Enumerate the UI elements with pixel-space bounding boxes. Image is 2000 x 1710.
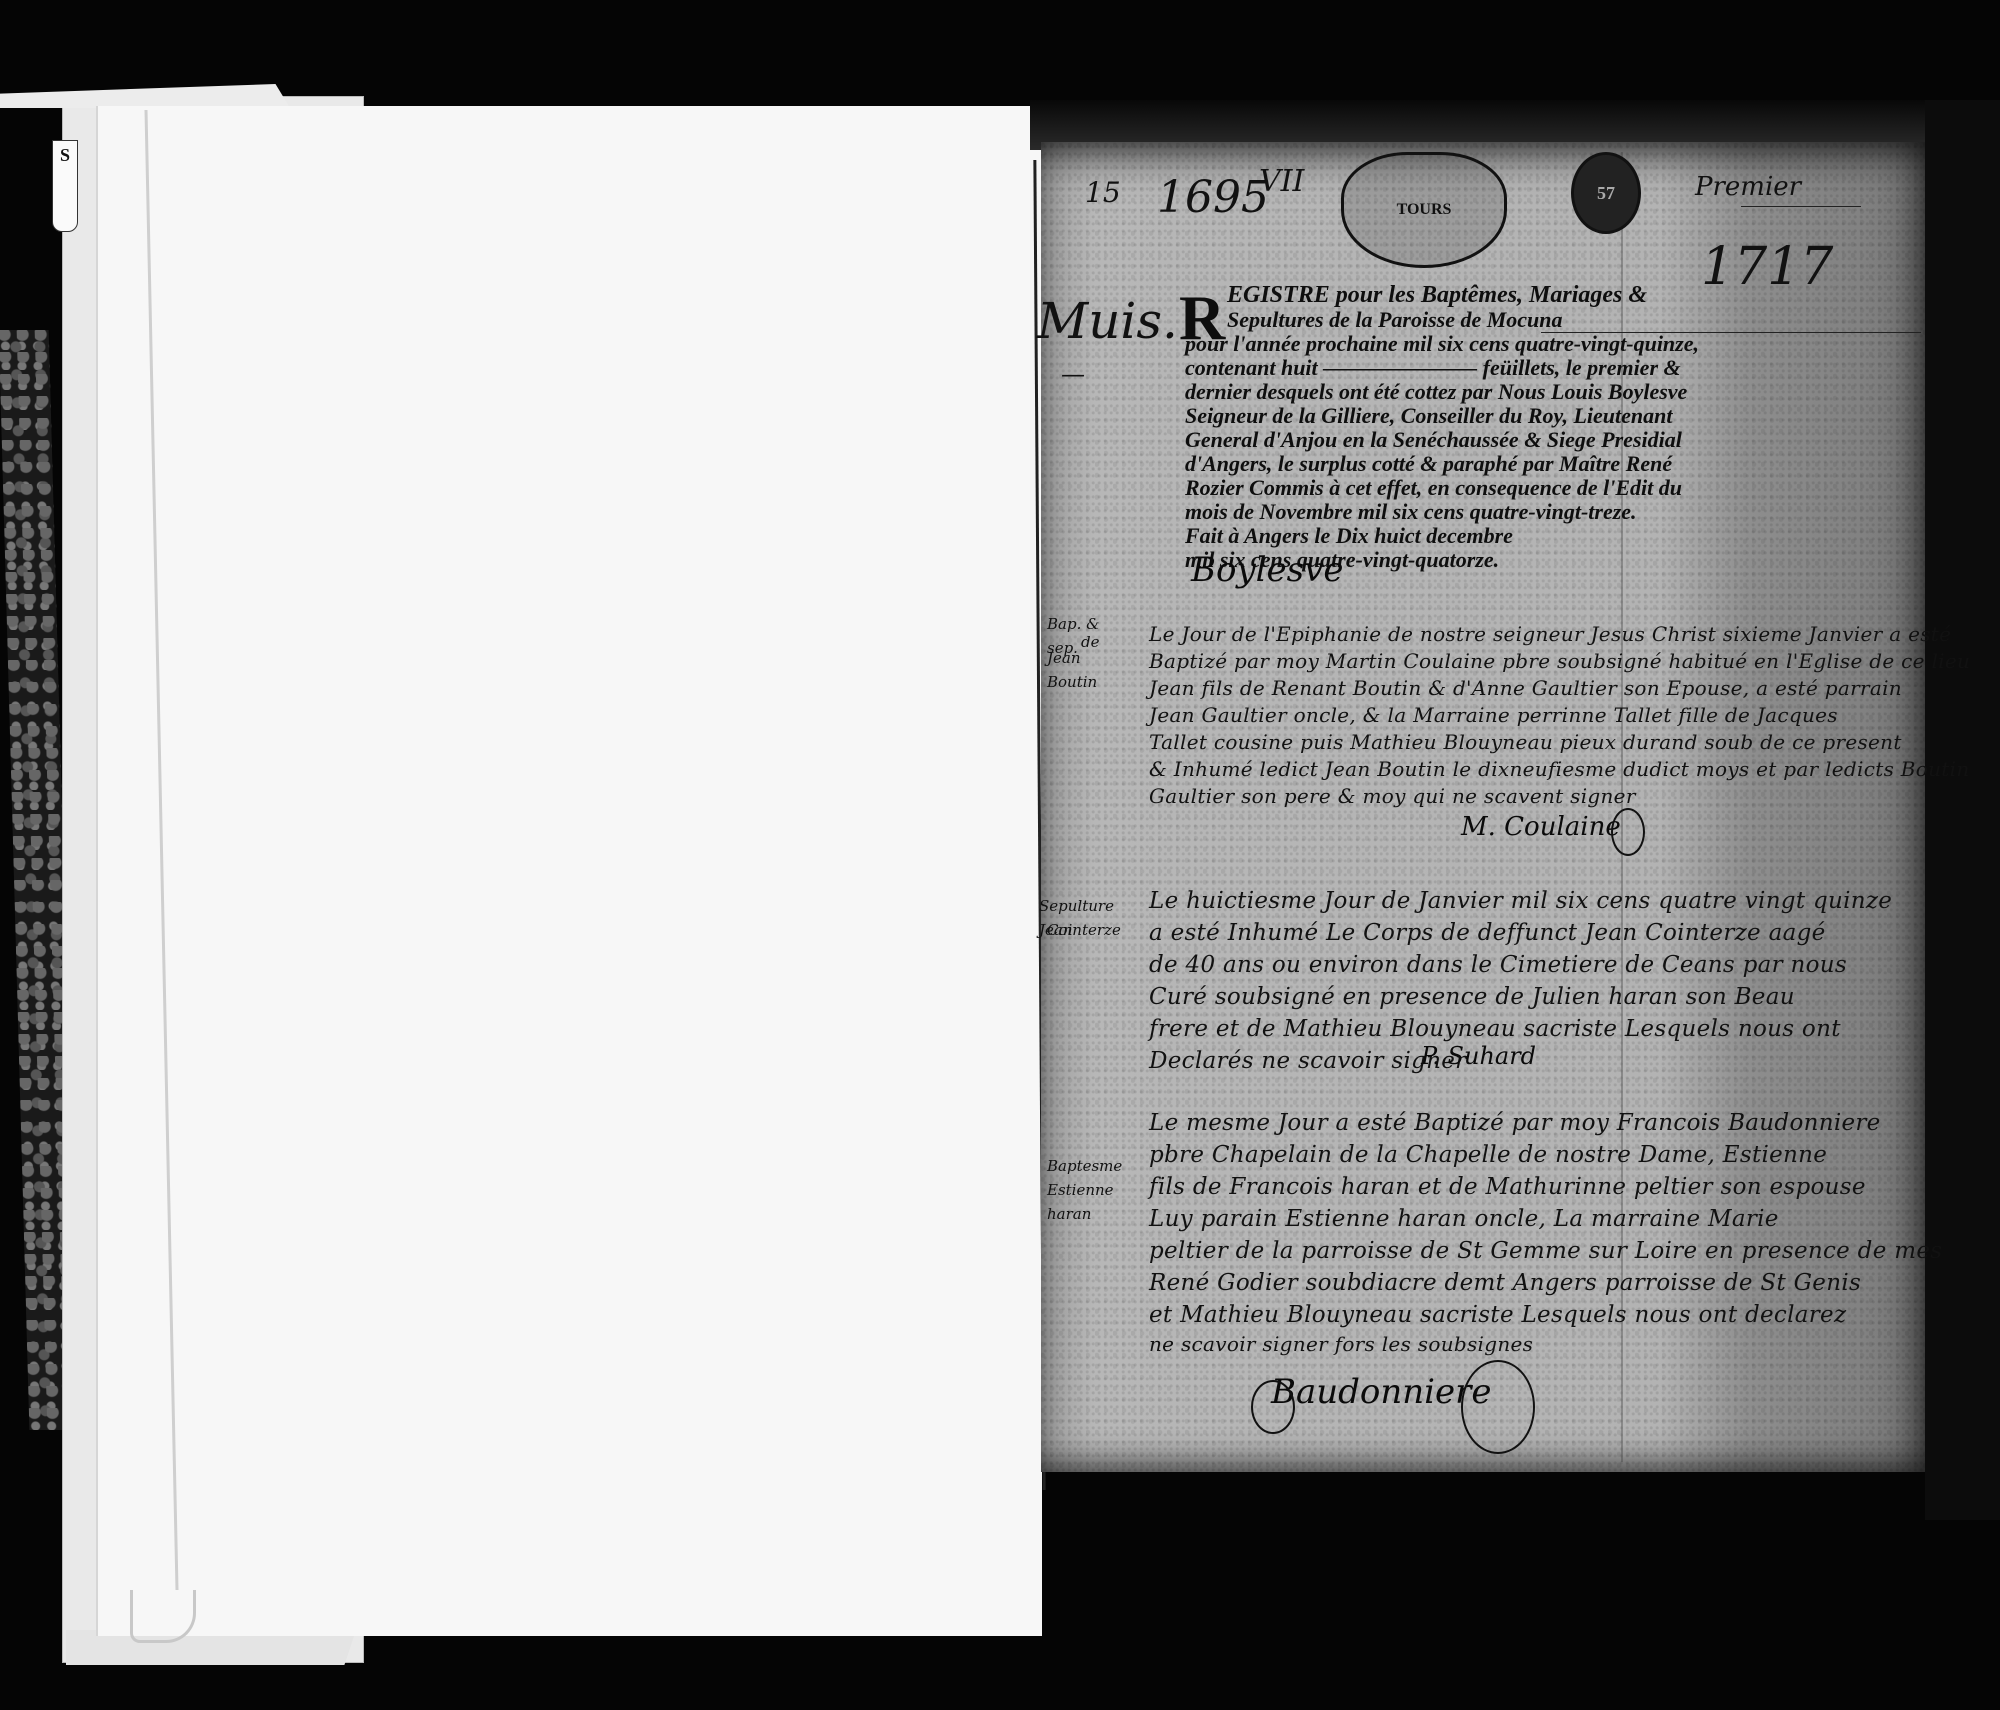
premier-underline — [1741, 206, 1861, 207]
preamble-line: dernier desquels ont été cottez par Nous… — [1185, 380, 1687, 404]
entry-line: Le mesme Jour a esté Baptizé par moy Fra… — [1149, 1110, 1881, 1136]
signature-flourish — [1251, 1380, 1295, 1434]
preamble-line: General d'Anjou en la Senéchaussée & Sie… — [1185, 428, 1682, 452]
side-year: 1717 — [1701, 237, 1833, 297]
entry-line: frere et de Mathieu Blouyneau sacriste L… — [1149, 1016, 1841, 1042]
register-year: 1695 — [1157, 172, 1269, 223]
entry-margin-note: haran — [1047, 1202, 1127, 1226]
preamble-line: mois de Novembre mil six cens quatre-vin… — [1185, 500, 1637, 524]
preamble-line: contenant huit ——————— feüillets, le pre… — [1185, 356, 1681, 380]
preamble-line: pour l'année prochaine mil six cens quat… — [1185, 332, 1699, 356]
preamble-line: Sepultures de la Paroisse de Mocuna — [1227, 308, 1563, 332]
signature-flourish — [1461, 1360, 1535, 1454]
archive-logo-icon: S — [52, 140, 78, 232]
round-stamp-text: 57 — [1597, 183, 1615, 204]
folio-number: 15 — [1085, 176, 1121, 209]
mount-card-sheet — [96, 106, 1042, 1636]
entry-line: Tallet cousine puis Mathieu Blouyneau pi… — [1149, 730, 1902, 754]
entry-margin-note: Estienne — [1047, 1178, 1127, 1202]
entry-line: Baptizé par moy Martin Coulaine pbre sou… — [1149, 649, 1970, 673]
entry-line: Le Jour de l'Epiphanie de nostre seigneu… — [1149, 622, 1951, 646]
stamp-text: TOURS — [1397, 201, 1452, 219]
entry-margin-note: Cointerze — [1047, 918, 1127, 942]
entry-line: Jean Gaultier oncle, & la Marraine perri… — [1149, 703, 1838, 727]
entry-line: pbre Chapelain de la Chapelle de nostre … — [1149, 1142, 1827, 1168]
parish-name-handwritten: Muis. — [1037, 292, 1178, 350]
entry-line: ne scavoir signer fors les soubsignes — [1149, 1332, 1533, 1356]
signature-suhard: P. Suhard — [1421, 1042, 1536, 1070]
entry-line: et Mathieu Blouyneau sacriste Lesquels n… — [1149, 1302, 1846, 1328]
register-page: 15 1695 VII TOURS 57 Premier 1717 Muis. … — [1041, 142, 1925, 1472]
entry-line: peltier de la parroisse de St Gemme sur … — [1149, 1238, 1942, 1264]
entry-line: de 40 ans ou environ dans le Cimetiere d… — [1149, 952, 1847, 978]
page-right-frame — [1925, 100, 2000, 1520]
signature-flourish — [1611, 808, 1645, 856]
mount-card-top-flap — [0, 84, 290, 108]
entry-line: René Godier soubdiacre demt Angers parro… — [1149, 1270, 1861, 1296]
mount-card-curl — [130, 1590, 196, 1643]
entry-line: & Inhumé ledict Jean Boutin le dixneufie… — [1149, 757, 1970, 781]
entry-line: Luy parain Estienne haran oncle, La marr… — [1149, 1206, 1779, 1232]
entry-margin-note: Jean Boutin — [1047, 646, 1127, 694]
entry-line: Le huictiesme Jour de Janvier mil six ce… — [1149, 888, 1892, 914]
preamble-line: Seigneur de la Gilliere, Conseiller du R… — [1185, 404, 1672, 428]
archive-logo-text: S — [60, 145, 70, 165]
entry-line: Declarés ne scavoir signer — [1149, 1048, 1466, 1074]
premier-note: Premier — [1695, 172, 1801, 202]
preamble-line: Fait à Angers le Dix huict decembre — [1185, 524, 1513, 548]
entry-line: fils de Francois haran et de Mathurinne … — [1149, 1174, 1866, 1200]
entry-margin-note: Baptesme — [1047, 1154, 1127, 1178]
entry-line: Jean fils de Renant Boutin & d'Anne Gaul… — [1149, 676, 1902, 700]
signature-coulaine: M. Coulaine — [1461, 812, 1621, 842]
margin-dash: — — [1061, 360, 1085, 388]
signature-boylesve: Boylesve — [1191, 550, 1343, 590]
round-stamp: 57 — [1571, 152, 1641, 234]
preamble-line: EGISTRE pour les Baptêmes, Mariages & — [1227, 283, 1647, 307]
tours-crest-stamp: TOURS — [1341, 152, 1507, 268]
signature-baudonniere: Baudonniere — [1271, 1372, 1492, 1412]
entry-line: Gaultier son pere & moy qui ne scavent s… — [1149, 784, 1636, 808]
preamble-line: d'Angers, le surplus cotté & paraphé par… — [1185, 452, 1672, 476]
entry-line: a esté Inhumé Le Corps de deffunct Jean … — [1149, 920, 1826, 946]
entry-line: Curé soubsigné en presence de Julien har… — [1149, 984, 1795, 1010]
volume-number: VII — [1259, 164, 1304, 199]
preamble-line: Rozier Commis à cet effet, en consequenc… — [1185, 476, 1682, 500]
